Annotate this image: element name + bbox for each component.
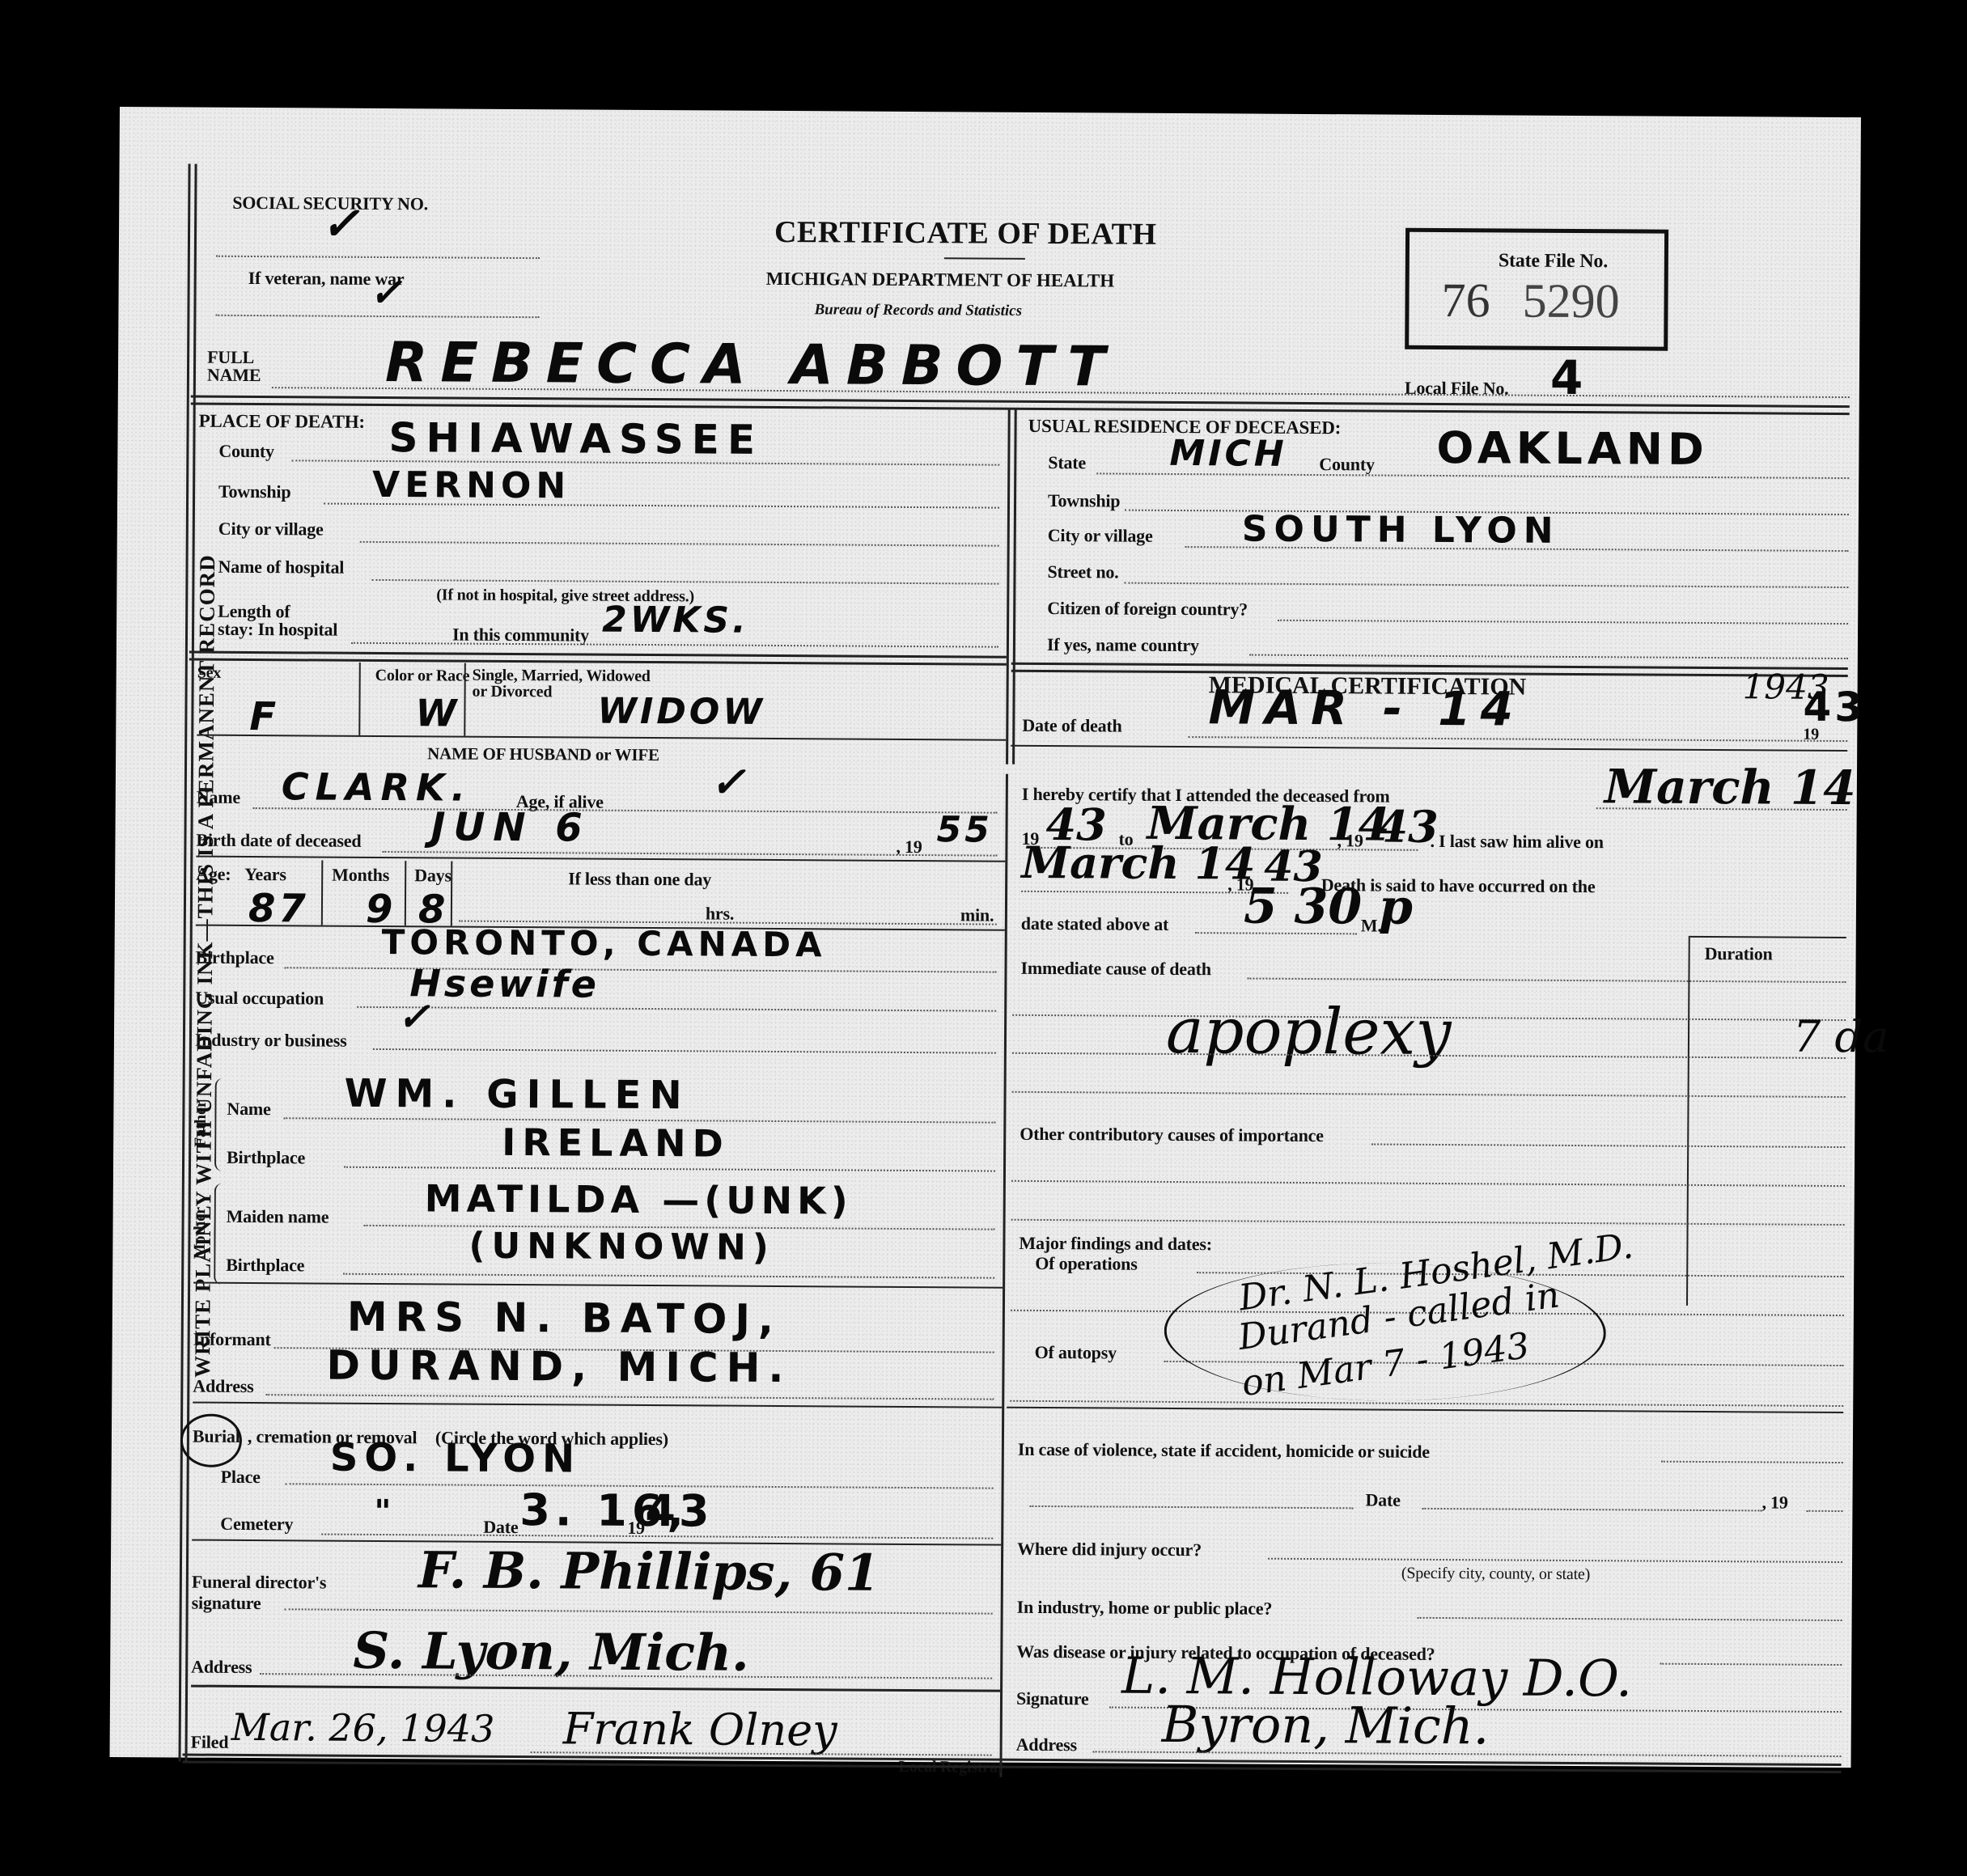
funeral-director-signature: F. B. Phillips, 61 <box>418 1540 880 1602</box>
ur-state-label: State <box>1048 452 1086 473</box>
injury-where-label: Where did injury occur? <box>1017 1539 1202 1561</box>
pod-stay-label-line2: stay: In hospital <box>218 620 337 639</box>
findings-bottom-divider <box>1007 1407 1843 1413</box>
spouse-heading: NAME OF HUSBAND or WIFE <box>427 743 659 765</box>
occupation-label: Usual occupation <box>195 988 324 1010</box>
duration-column-divider <box>1686 938 1690 1306</box>
father-birthplace-label: Birthplace <box>227 1147 305 1169</box>
years-label: Years <box>244 864 286 885</box>
mother-birthplace-label: Birthplace <box>226 1255 304 1277</box>
age-top-divider <box>196 856 1005 862</box>
pod-stay-line <box>351 642 998 648</box>
pod-city-line <box>360 541 999 547</box>
industry-value: ✓ <box>397 994 430 1040</box>
time-of-death-value: 5 30 p <box>1244 879 1413 936</box>
pod-hospital-line <box>371 579 998 585</box>
local-file-value: 4 <box>1550 350 1587 405</box>
cause-line-1 <box>1247 978 1846 984</box>
full-name-label: FULL NAME <box>207 349 261 384</box>
ur-city-label: City or village <box>1048 525 1153 547</box>
birth-date-label: Birth date of deceased <box>196 830 361 852</box>
violence-date-line-1 <box>1029 1505 1353 1509</box>
pod-bottom-divider <box>189 651 1007 666</box>
date-of-death-divider <box>1011 745 1847 752</box>
occupation-related-line <box>1660 1663 1842 1666</box>
date-of-death-line <box>1188 736 1847 742</box>
mother-group: Mother <box>192 1184 210 1289</box>
informant-value: MRS N. BATOJ, <box>347 1294 782 1343</box>
less-than-day-label: If less than one day <box>568 868 711 890</box>
autopsy-label: Of autopsy <box>1035 1342 1117 1364</box>
burial-label: Burial <box>193 1426 240 1447</box>
occupation-line <box>357 1006 996 1012</box>
full-name-label-line1: FULL <box>207 349 261 366</box>
funeral-bottom-divider <box>191 1685 1000 1692</box>
informant-label: Informant <box>193 1329 271 1351</box>
registrar-signature: Frank Olney <box>563 1703 837 1755</box>
duration-label: Duration <box>1705 943 1773 965</box>
filed-date-value: Mar. 26, 1943 <box>231 1705 495 1751</box>
pod-hospital-label: Name of hospital <box>218 557 344 578</box>
other-causes-line-1 <box>1371 1143 1845 1148</box>
industry-place-label: In industry, home or public place? <box>1017 1597 1273 1620</box>
years-months-divider <box>321 861 323 925</box>
last-saw-text: . I last saw him alive on <box>1430 831 1604 853</box>
place-of-death-heading: PLACE OF DEATH: <box>199 411 365 433</box>
age-label: Age: <box>196 864 231 885</box>
mother-maiden-value: MATILDA —(UNK) <box>425 1176 853 1222</box>
ur-street-label: Street no. <box>1047 561 1118 583</box>
pod-city-label: City or village <box>218 519 324 540</box>
ur-county-value: OAKLAND <box>1436 422 1709 475</box>
violence-label: In case of violence, state if accident, … <box>1018 1439 1430 1463</box>
social-security-value: ✓ <box>321 197 359 251</box>
mother-bracket <box>214 1184 224 1285</box>
m-label: M. <box>1361 915 1382 936</box>
state-file-prefix: 76 <box>1441 273 1490 328</box>
ur-street-line <box>1124 582 1848 588</box>
physician-address-value: Byron, Mich. <box>1162 1695 1490 1755</box>
industry-label: Industry or business <box>195 1030 347 1052</box>
mother-birthplace-line <box>343 1273 994 1279</box>
cemetery-label: Cemetery <box>220 1514 293 1535</box>
mother-group-label: Mother <box>191 1192 210 1273</box>
marital-value: WIDOW <box>597 691 765 733</box>
date-of-death-value: MAR - 14 <box>1208 680 1523 736</box>
violence-date-line-2 <box>1422 1508 1761 1512</box>
burial-year-value: 43 <box>645 1485 713 1537</box>
state-file-number: 5290 <box>1522 273 1619 330</box>
physician-signature-label: Signature <box>1016 1688 1089 1710</box>
father-name-label: Name <box>227 1099 270 1120</box>
department-name: MICHIGAN DEPARTMENT OF HEALTH <box>766 269 1115 292</box>
autopsy-line-2 <box>1010 1400 1843 1407</box>
industry-place-line <box>1418 1617 1842 1621</box>
informant-address-line <box>265 1394 994 1400</box>
ur-county-label: County <box>1319 454 1375 475</box>
violence-year-line <box>1806 1510 1842 1512</box>
father-group: Father <box>193 1078 211 1175</box>
pod-stay-label: Length of stay: In hospital <box>218 603 337 639</box>
father-birthplace-value: IRELAND <box>502 1120 730 1166</box>
race-value: W <box>415 691 460 735</box>
bureau-name: Bureau of Records and Statistics <box>814 301 1022 320</box>
stated-above-text: date stated above at <box>1021 913 1169 935</box>
industry-line <box>373 1048 996 1054</box>
ss-line <box>216 256 540 259</box>
spouse-age-value: ✓ <box>710 757 746 807</box>
marital-divider <box>197 735 1006 741</box>
ur-state-line <box>1096 472 1849 479</box>
footer-divider <box>182 1754 1841 1774</box>
violence-year-prefix: , 19 <box>1761 1492 1787 1513</box>
spouse-name-label: Name <box>197 787 240 808</box>
immediate-cause-label: Immediate cause of death <box>1020 958 1210 980</box>
ur-township-label: Township <box>1048 490 1120 512</box>
duration-value: 7 da <box>1793 1011 1889 1063</box>
father-name-value: WM. GILLEN <box>344 1071 689 1119</box>
ur-country-label: If yes, name country <box>1047 634 1199 656</box>
birthplace-label: Birthplace <box>195 947 273 969</box>
sex-race-divider <box>358 663 361 735</box>
death-certificate-page: WRITE PLAINLY WITH UNFADING INK—THIS IS … <box>110 107 1861 1768</box>
burial-place-value: SO. LYON <box>330 1435 582 1482</box>
violence-date-label: Date <box>1365 1489 1400 1510</box>
spouse-name-value: CLARK. <box>282 764 473 809</box>
informant-bottom-divider <box>193 1402 1002 1408</box>
full-name-label-line2: NAME <box>207 366 261 384</box>
major-findings-label: Major findings and dates: <box>1019 1233 1212 1255</box>
filed-label: Filed <box>191 1732 229 1753</box>
cause-line-4 <box>1012 1091 1846 1098</box>
spouse-name-line <box>253 807 998 814</box>
other-causes-label: Other contributory causes of importance <box>1020 1124 1324 1146</box>
other-causes-line-2 <box>1011 1180 1845 1187</box>
birth-date-value: JUN 6 <box>430 804 590 850</box>
pod-county-label: County <box>218 441 274 462</box>
ur-citizen-label: Citizen of foreign country? <box>1047 598 1248 620</box>
injury-where-line <box>1268 1558 1842 1563</box>
birthplace-value: TORONTO, CANADA <box>382 922 827 964</box>
ur-country-line <box>1249 654 1848 660</box>
pod-community-value: 2WKS. <box>602 599 749 642</box>
birth-year-value: 55 <box>936 809 993 850</box>
local-file-label: Local File No. <box>1405 378 1509 400</box>
months-days-divider <box>405 861 406 925</box>
certificate-title: CERTIFICATE OF DEATH <box>774 214 1157 252</box>
duration-top-rule <box>1689 936 1846 938</box>
injury-where-note: (Specify city, county, or state) <box>1401 1565 1590 1584</box>
physician-address-label: Address <box>1016 1734 1077 1755</box>
funeral-address-label: Address <box>191 1657 252 1678</box>
pod-township-value: VERNON <box>372 464 570 506</box>
state-file-label: State File No. <box>1499 250 1608 273</box>
sex-value: F <box>249 694 279 739</box>
veteran-value: ✓ <box>369 270 402 315</box>
days-divider <box>451 862 452 926</box>
date-of-death-label: Date of death <box>1022 715 1121 737</box>
occupation-value: Hsewife <box>409 961 600 1006</box>
parents-bottom-divider <box>193 1282 1003 1289</box>
death-year-value: 43 <box>1803 684 1866 730</box>
pod-county-value: SHIAWASSEE <box>388 414 763 464</box>
sex-label: Sex <box>197 664 222 683</box>
last-saw-date: March 14 <box>1021 836 1256 890</box>
column-divider-top <box>1006 409 1017 764</box>
funeral-director-line <box>285 1608 993 1614</box>
state-file-box: State File No. 76 5290 <box>1405 228 1668 351</box>
race-marital-divider <box>464 663 466 736</box>
informant-address-value: DURAND, MICH. <box>326 1342 791 1392</box>
mother-birthplace-value: (UNKNOWN) <box>468 1226 775 1268</box>
cemetery-value: " <box>374 1493 394 1531</box>
column-divider-bottom <box>999 774 1012 1777</box>
race-label: Color or Race <box>375 667 470 686</box>
informant-address-label: Address <box>193 1376 253 1397</box>
father-group-label: Father <box>192 1083 211 1164</box>
ur-city-value: SOUTH LYON <box>1242 508 1560 551</box>
ur-citizen-line <box>1278 620 1848 625</box>
birthplace-line <box>284 967 996 972</box>
ur-state-value: MICH <box>1169 433 1287 475</box>
mother-maiden-label: Maiden name <box>227 1206 329 1228</box>
father-bracket <box>214 1078 225 1171</box>
pod-township-label: Township <box>218 481 290 503</box>
violence-line <box>1661 1461 1843 1463</box>
veteran-line <box>215 315 539 318</box>
other-causes-line-3 <box>1011 1219 1845 1226</box>
days-label: Days <box>414 865 451 886</box>
father-birthplace-line <box>344 1167 995 1172</box>
months-label: Months <box>332 865 389 886</box>
operations-label: Of operations <box>1035 1253 1138 1275</box>
immediate-cause-value: apoplexy <box>1166 995 1452 1069</box>
marital-label-line1: Single, Married, Widowed <box>473 667 651 684</box>
burial-place-label: Place <box>221 1467 261 1488</box>
funeral-director-label-line1: Funeral director's <box>192 1572 327 1594</box>
funeral-director-label-line2: signature <box>192 1593 327 1615</box>
title-divider <box>944 257 1025 260</box>
